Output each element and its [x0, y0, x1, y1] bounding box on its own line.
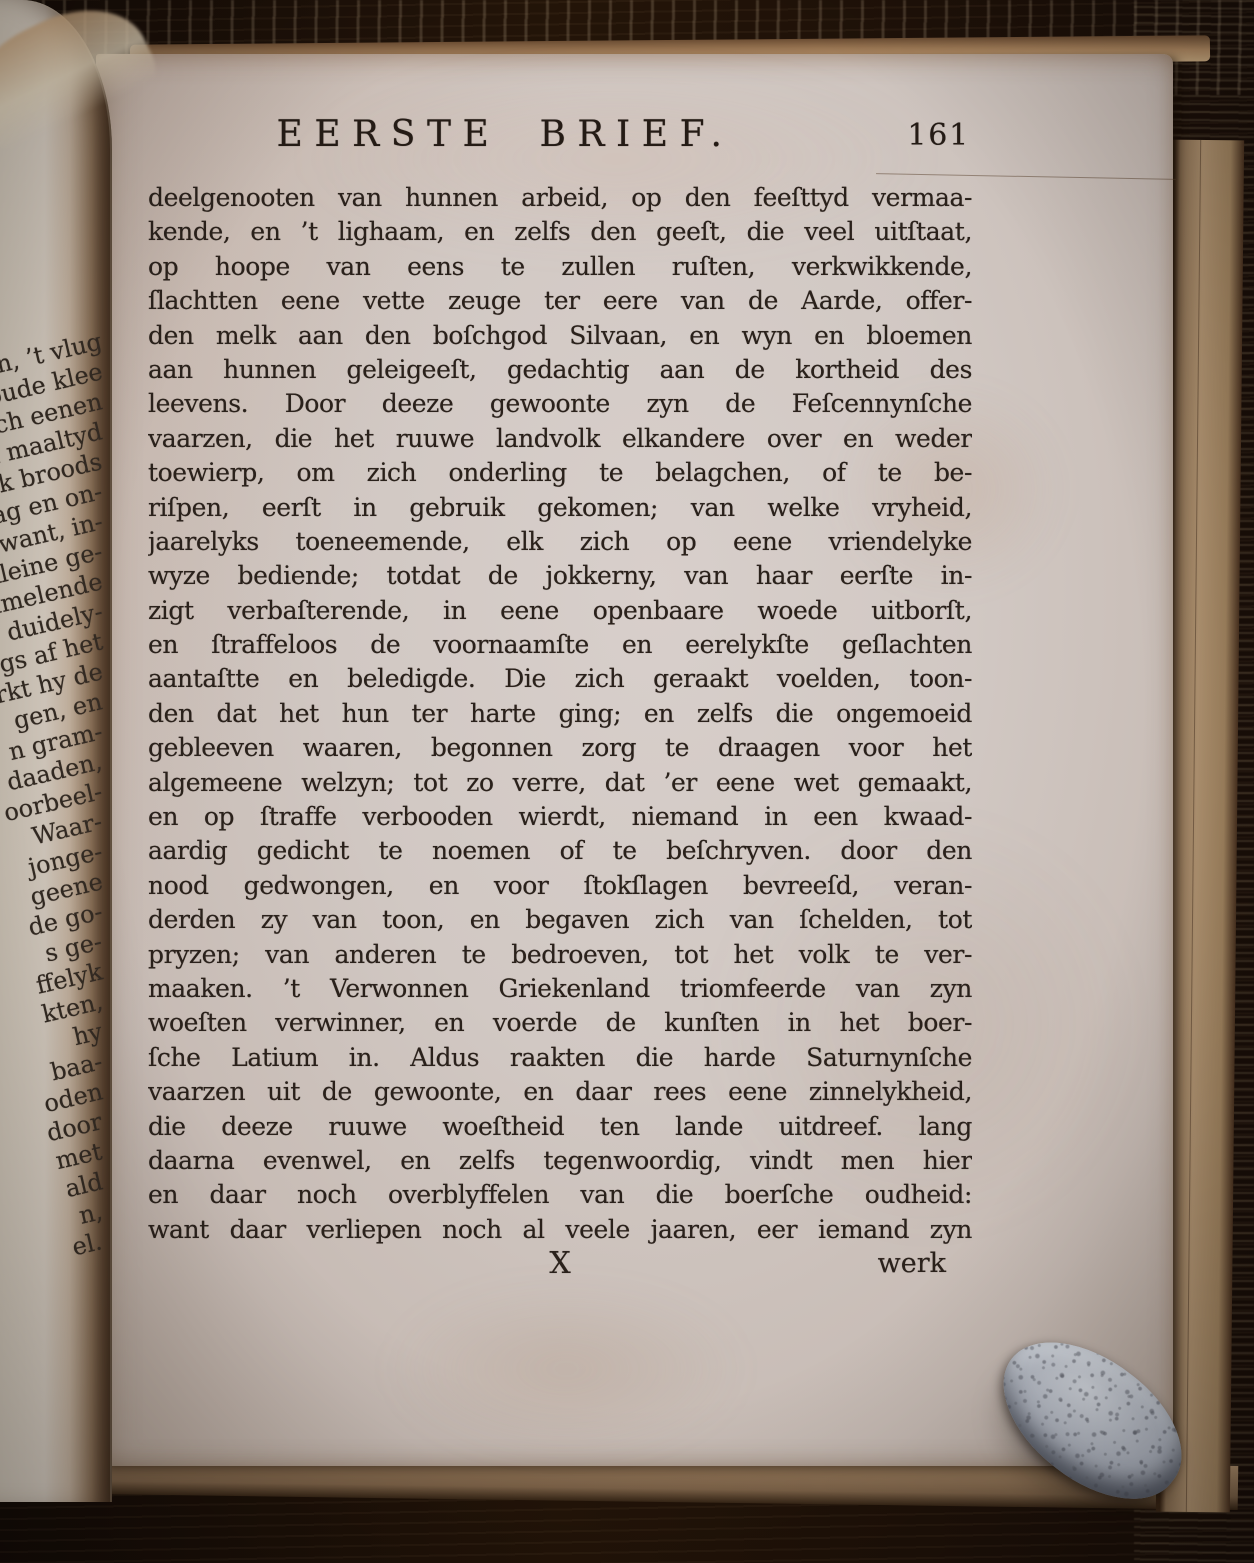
text-line: nood gedwongen, en voor ſtokſlagen bevre… — [148, 869, 972, 903]
text-line: maaken. ’t Verwonnen Griekenland triomfe… — [148, 972, 972, 1006]
text-line: en daar noch overblyffelen van die boerſ… — [148, 1178, 972, 1212]
text-line: deelgenooten van hunnen arbeid, op den f… — [148, 181, 972, 215]
text-line: jaarelyks toeneemende, elk zich op eene … — [148, 525, 972, 559]
text-line: op hoope van eens te zullen ruſten, verk… — [148, 250, 972, 284]
text-line: den melk aan den boſchgod Silvaan, en wy… — [148, 319, 972, 353]
text-line: kende, en ’t lighaam, en zelfs den geeſt… — [148, 215, 972, 249]
text-line: aantaſtte en beledigde. Die zich geraakt… — [148, 662, 972, 696]
text-line: wyze bediende; totdat de jokkerny, van h… — [148, 559, 972, 593]
text-line: aardig gedicht te noemen of te beſchryve… — [148, 834, 972, 868]
facing-page-curl: zen, ’t vlugkoude kleenoch eenenzyn maal… — [0, 0, 112, 1502]
facing-page-fragments: zen, ’t vlugkoude kleenoch eenenzyn maal… — [2, 328, 102, 1255]
text-line: en ſtraffeloos de voornaamſte en eerelyk… — [148, 628, 972, 662]
running-title: EERSTE BRIEF. — [148, 114, 862, 155]
text-line: leevens. Door deeze gewoonte zyn de Feſc… — [148, 387, 972, 421]
facing-page-text-fragment: hy — [71, 1018, 105, 1051]
catchword: werk — [878, 1248, 946, 1279]
text-line: die deeze ruuwe woeſtheid ten lande uitd… — [148, 1110, 972, 1144]
text-line: pryzen; van anderen te bedroeven, tot he… — [148, 938, 972, 972]
text-line: gebleeven waaren, begonnen zorg te draag… — [148, 731, 972, 765]
signature-row: X werk — [148, 1246, 972, 1286]
text-line: riſpen, eerſt in gebruik gekomen; van we… — [148, 491, 972, 525]
text-line: ſche Latium in. Aldus raakten die harde … — [148, 1041, 972, 1075]
facing-page-text-fragment: n, — [76, 1198, 105, 1230]
text-line: want daar verliepen noch al veele jaaren… — [148, 1213, 972, 1247]
text-line: vaarzen uit de gewoonte, en daar rees ee… — [148, 1075, 972, 1109]
page-stain — [386, 1284, 746, 1454]
signature-mark: X — [549, 1246, 570, 1281]
page-number: 161 — [907, 118, 970, 153]
text-line: en op ſtraffe verbooden wierdt, niemand … — [148, 800, 972, 834]
page-header: EERSTE BRIEF. 161 — [148, 114, 972, 166]
text-line: vaarzen, die het ruuwe landvolk elkander… — [148, 422, 972, 456]
pebble-paperweight — [995, 1318, 1195, 1528]
text-line: woeſten verwinner, en voerde de kunſten … — [148, 1006, 972, 1040]
page-crease-line — [876, 173, 1176, 180]
text-line: algemeene welzyn; tot zo verre, dat ’er … — [148, 766, 972, 800]
text-line: daarna evenwel, en zelfs tegenwoordig, v… — [148, 1144, 972, 1178]
photo-scene: EERSTE BRIEF. 161 deelgenooten van hunne… — [0, 0, 1254, 1563]
book-right-page: EERSTE BRIEF. 161 deelgenooten van hunne… — [96, 54, 1173, 1466]
text-line: aan hunnen geleigeeſt, gedachtig aan de … — [148, 353, 972, 387]
body-text: deelgenooten van hunnen arbeid, op den f… — [148, 181, 972, 1247]
facing-page-text-fragment: el. — [70, 1228, 105, 1262]
text-line: den dat het hun ter harte ging; en zelfs… — [148, 697, 972, 731]
text-line: ſlachtten eene vette zeuge ter eere van … — [148, 284, 972, 318]
text-line: zigt verbaſterende, in eene openbaare wo… — [148, 594, 972, 628]
text-line: derden zy van toon, en begaven zich van … — [148, 903, 972, 937]
text-line: toewierp, om zich onderling te belagchen… — [148, 456, 972, 490]
